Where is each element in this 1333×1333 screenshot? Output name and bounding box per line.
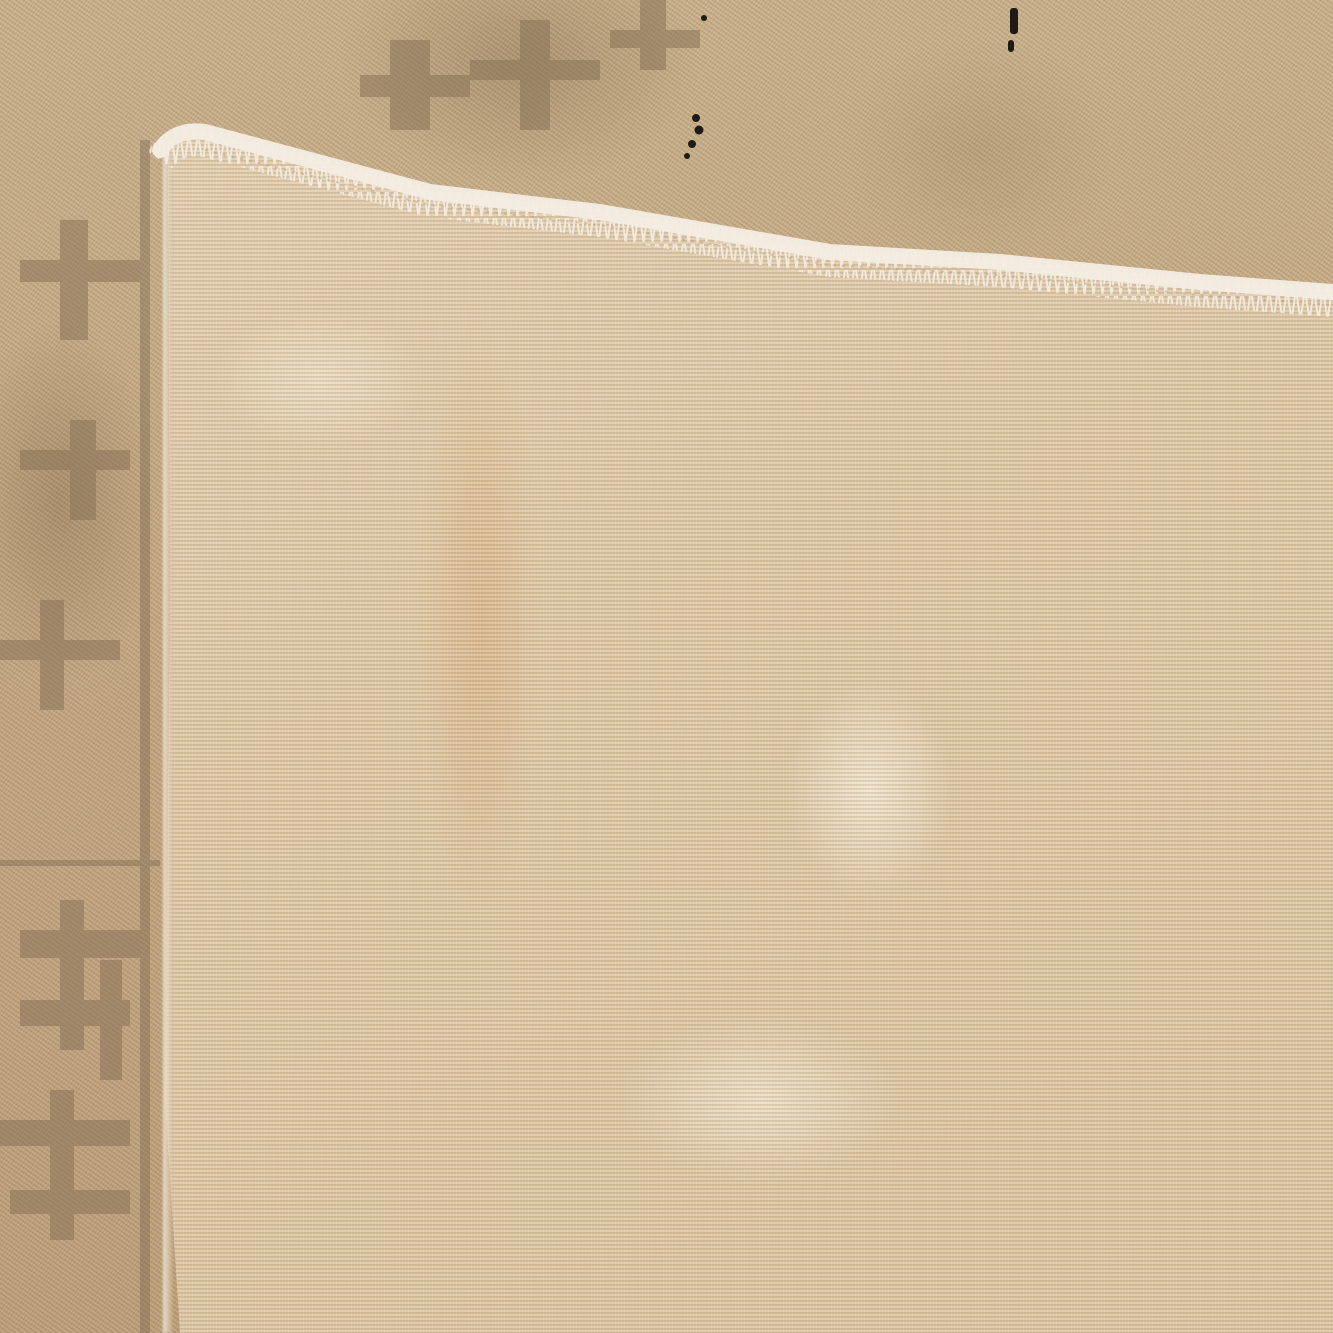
rug-photo <box>0 0 1333 1333</box>
rug-side-edge <box>163 150 173 1333</box>
